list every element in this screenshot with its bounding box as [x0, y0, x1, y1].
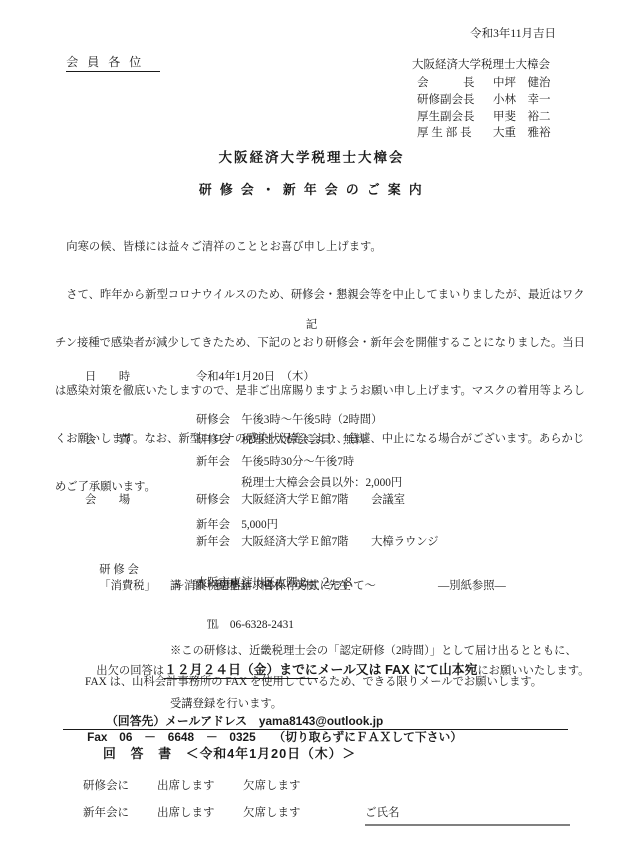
attend-option[interactable]: 出席します [157, 805, 243, 826]
cut-line [63, 729, 568, 730]
fax-label: Fax [87, 730, 107, 744]
name-label: ご氏名 [365, 807, 400, 819]
ki-marker: 記 [0, 317, 623, 333]
addressee: 会 員 各 位 [66, 55, 160, 72]
detail-row: 会 費 研修会 税理士大樟会会員：無料 [85, 431, 402, 450]
officer-name: 小林 幸一 [493, 92, 551, 109]
sender-officers: 会 長 中坪 健治 研修副会長 小林 幸一 厚生副会長 甲斐 裕二 厚 生 部 … [417, 75, 551, 142]
detail-value: 研修会 税理士大樟会会員：無料 [196, 431, 365, 450]
officer-row: 研修副会長 小林 幸一 [417, 92, 551, 109]
detail-label: 研 修 会 [99, 562, 175, 578]
officer-name: 中坪 健治 [493, 75, 551, 92]
officer-title: 厚生副会長 [417, 109, 493, 126]
fax-usage-note: FAX は、山科会計事務所の FAX を使用しているため、できる限りメールでお願… [85, 674, 542, 690]
officer-row: 厚生副会長 甲斐 裕二 [417, 109, 551, 126]
document-page: 令和3年11月吉日 会 員 各 位 大阪経済大学税理士大樟会 会 長 中坪 健治… [0, 0, 623, 848]
officer-name: 甲斐 裕二 [493, 109, 551, 126]
form-event-label: 新年会に [83, 805, 157, 826]
document-date: 令和3年11月吉日 [470, 26, 556, 42]
officer-title: 研修副会長 [417, 92, 493, 109]
officer-title: 会 長 [417, 75, 493, 92]
detail-label: 会 費 [85, 431, 196, 450]
form-row-seminar: 研修会に 出席します 欠席します [83, 778, 365, 794]
officer-row: 会 長 中坪 健治 [417, 75, 551, 92]
name-input-line[interactable]: ご氏名 [365, 805, 570, 826]
document-subtitle: 研 修 会 ・ 新 年 会 の ご 案 内 [0, 182, 623, 198]
detail-row: 会 場 研修会 大阪経済大学Ｅ館7階 会議室 [85, 492, 439, 510]
detail-value: 令和4年1月20日 （木） [196, 368, 315, 387]
fax-instruction: （切り取らずにＦＡＸして下さい） [279, 730, 462, 744]
detail-label: 日 時 [85, 368, 196, 387]
fax-number: 06 － 6648 － 0325 [119, 730, 255, 744]
lecturer-line: 講 師 税理士 柏木 英樹 先生 [170, 578, 351, 594]
form-event-label: 研修会に [83, 778, 157, 794]
form-row-newyear: 新年会に 出席します 欠席します ご氏名 [83, 805, 570, 826]
sender-organization: 大阪経済大学税理士大樟会 [412, 57, 550, 73]
attachment-reference: ―別紙参照― [438, 578, 506, 594]
absent-option[interactable]: 欠席します [243, 805, 365, 826]
attend-option[interactable]: 出席します [157, 778, 243, 794]
officer-name: 大重 雅裕 [493, 125, 551, 142]
absent-option[interactable]: 欠席します [243, 778, 365, 794]
reply-form-heading: 回 答 書 ＜令和4年1月20日（木）＞ [103, 746, 356, 762]
officer-title: 厚 生 部 長 [417, 125, 493, 142]
detail-label: 会 場 [85, 492, 196, 510]
officer-row: 厚 生 部 長 大重 雅裕 [417, 125, 551, 142]
body-line: さて、昨年から新型コロナウイルスのため、研修会・懇親会等を中止してまいりましたが… [55, 287, 585, 303]
detail-value: 研修会 大阪経済大学Ｅ館7階 会議室 [196, 492, 405, 510]
body-line: 向寒の候、皆様には益々ご清祥のこととお喜び申し上げます。 [55, 239, 585, 255]
detail-row: 日 時 令和4年1月20日 （木） [85, 368, 382, 387]
document-title: 大阪経済大学税理士大樟会 [0, 150, 623, 166]
